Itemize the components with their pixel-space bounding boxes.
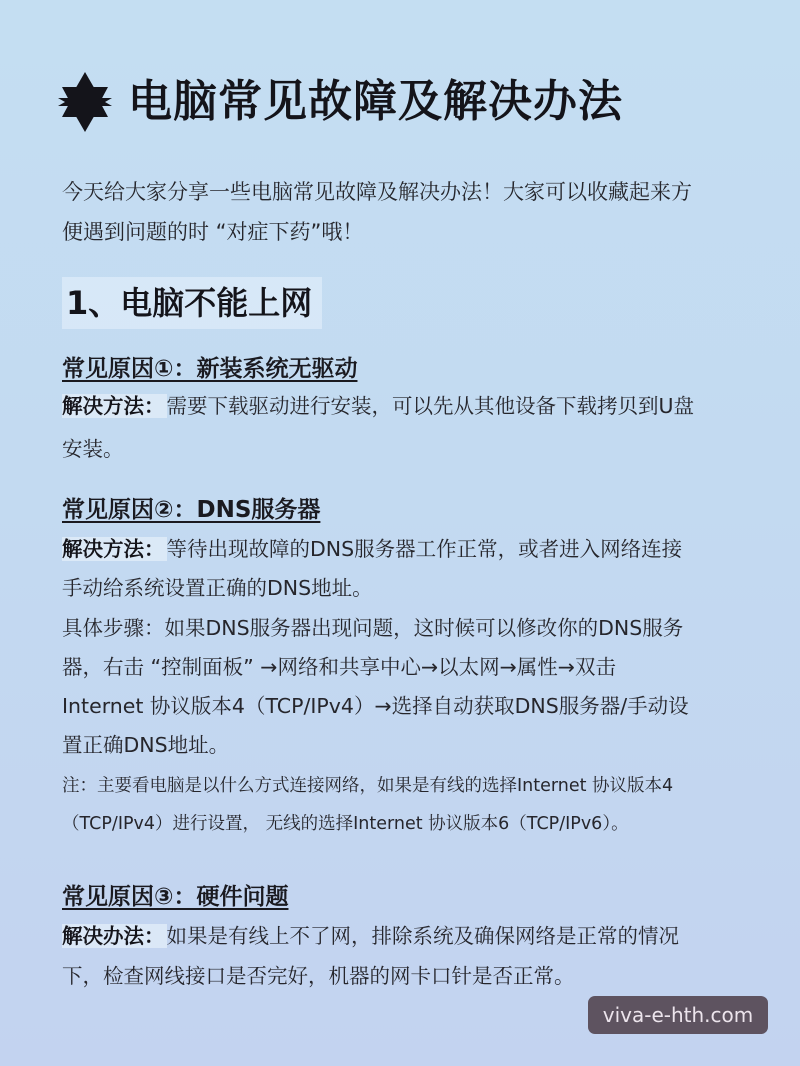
cause-block-3: 常见原因③：硬件问题 解决办法：如果是有线上不了网，排除系统及确保网络是正常的情… xyxy=(62,880,762,995)
solution-paragraph: 解决办法：如果是有线上不了网，排除系统及确保网络是正常的情况 xyxy=(62,918,762,955)
solution-text-continued: 手动给系统设置正确的DNS地址。 xyxy=(62,570,762,607)
solution-label: 解决方法： xyxy=(62,537,167,561)
note-line: 注：主要看电脑是以什么方式连接网络，如果是有线的选择Internet 协议版本4 xyxy=(62,767,762,805)
steps-line: 器，右击 “控制面板” →网络和共享中心→以太网→属性→双击 xyxy=(62,648,762,687)
note-paragraph: 注：主要看电脑是以什么方式连接网络，如果是有线的选择Internet 协议版本4… xyxy=(62,767,762,843)
cause-title: 常见原因③：硬件问题 xyxy=(62,880,288,914)
solution-label: 解决方法： xyxy=(62,394,167,418)
cause-title: 常见原因②：DNS服务器 xyxy=(62,493,320,527)
document-page: 电脑常见故障及解决办法 今天给大家分享一些电脑常见故障及解决办法！大家可以收藏起… xyxy=(0,0,800,1066)
intro-paragraph: 今天给大家分享一些电脑常见故障及解决办法！大家可以收藏起来方 便遇到问题的时 “… xyxy=(62,172,762,252)
intro-line: 便遇到问题的时 “对症下药”哦！ xyxy=(62,212,762,252)
steps-line: 具体步骤：如果DNS服务器出现问题，这时候可以修改你的DNS服务 xyxy=(62,609,762,648)
solution-text: 等待出现故障的DNS服务器工作正常，或者进入网络连接 xyxy=(167,537,683,561)
cause-block-1: 常见原因①：新装系统无驱动 解决方法：需要下载驱动进行安装，可以先从其他设备下载… xyxy=(62,352,762,468)
cause-title: 常见原因①：新装系统无驱动 xyxy=(62,352,357,386)
page-title: 电脑常见故障及解决办法 xyxy=(128,72,623,132)
steps-line: Internet 协议版本4（TCP/IPv4）→选择自动获取DNS服务器/手动… xyxy=(62,687,762,726)
solution-text: 如果是有线上不了网，排除系统及确保网络是正常的情况 xyxy=(167,924,680,948)
solution-label: 解决办法： xyxy=(62,924,167,948)
note-line: （TCP/IPv4）进行设置， 无线的选择Internet 协议版本6（TCP/… xyxy=(62,805,762,843)
solution-paragraph: 解决方法：需要下载驱动进行安装，可以先从其他设备下载拷贝到U盘 xyxy=(62,388,762,425)
solution-paragraph: 解决方法：等待出现故障的DNS服务器工作正常，或者进入网络连接 xyxy=(62,531,762,568)
section-heading: 1、电脑不能上网 xyxy=(62,277,322,329)
steps-line: 置正确DNS地址。 xyxy=(62,726,762,765)
solution-text-continued: 下，检查网线接口是否完好，机器的网卡口针是否正常。 xyxy=(62,958,762,995)
six-pointed-star-icon xyxy=(58,72,112,132)
watermark-badge: viva-e-hth.com xyxy=(588,996,768,1034)
solution-text: 需要下载驱动进行安装，可以先从其他设备下载拷贝到U盘 xyxy=(167,394,695,418)
cause-block-2: 常见原因②：DNS服务器 解决方法：等待出现故障的DNS服务器工作正常，或者进入… xyxy=(62,493,762,843)
title-row: 电脑常见故障及解决办法 xyxy=(58,72,623,132)
intro-line: 今天给大家分享一些电脑常见故障及解决办法！大家可以收藏起来方 xyxy=(62,172,762,212)
steps-paragraph: 具体步骤：如果DNS服务器出现问题，这时候可以修改你的DNS服务 器，右击 “控… xyxy=(62,609,762,765)
solution-text-continued: 安装。 xyxy=(62,431,762,468)
